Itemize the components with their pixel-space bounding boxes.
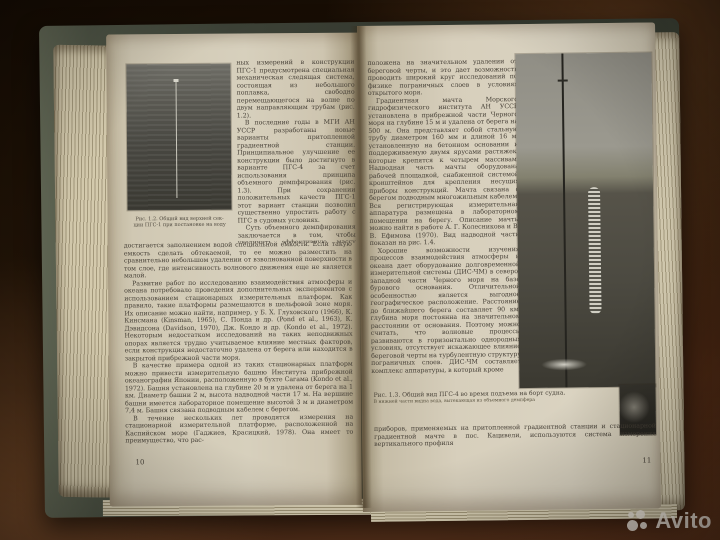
right-page-column-text: положена на значительном удалении от бер…: [367, 58, 521, 392]
figure-1-2-caption: Рис. 1.2. Общий вид верхней сек- ции ПГС…: [116, 215, 244, 228]
right-page-bottom-text: приборов, применяемых на притопленной гр…: [374, 422, 656, 453]
right-page: положена на значительном удалении от бер…: [357, 22, 661, 512]
open-book: Рис. 1.2. Общий вид верхней сек- ции ПГС…: [35, 12, 691, 526]
coil-structure-image: [588, 187, 602, 314]
gradient-mast-photo: [515, 52, 655, 388]
paragraph: В последние годы в МГИ АН УССР разработа…: [237, 119, 356, 225]
left-page-column-text: ных измерений в конструкции ПГС-1 предус…: [236, 59, 355, 244]
left-page-body-text: достигается заполнением водой специально…: [124, 241, 354, 459]
left-page: Рис. 1.2. Общий вид верхней сек- ции ПГС…: [106, 33, 362, 507]
paragraph: В течение нескольких лет проводятся изме…: [125, 413, 353, 445]
left-page-number: 10: [135, 458, 144, 466]
avito-watermark-text: Avito: [655, 508, 712, 534]
water-splash-image: [541, 359, 587, 372]
figure-1-3-caption: Рис. 1.3. Общий вид ПГС-4 во время подъе…: [374, 389, 612, 405]
avito-logo-icon: [627, 510, 650, 533]
photo-scene: Рис. 1.2. Общий вид верхней сек- ции ПГС…: [0, 0, 720, 540]
paragraph: Градиентная мачта Морского гидрофизическ…: [368, 96, 520, 248]
figure-1-2-photo: [126, 64, 231, 211]
paragraph: В качестве примера одной из таких стацио…: [125, 361, 353, 415]
paragraph: Хорошие возможности изучения процессов в…: [370, 246, 522, 375]
avito-watermark: Avito: [627, 508, 712, 534]
paragraph: положена на значительном удалении от бер…: [367, 58, 517, 97]
paragraph: приборов, применяемых на притопленной гр…: [374, 422, 656, 448]
paragraph: достигается заполнением водой специально…: [124, 241, 352, 280]
paragraph: ных измерений в конструкции ПГС-1 предус…: [236, 59, 354, 120]
mast-in-sea-image: [175, 82, 177, 199]
right-page-number: 11: [642, 456, 651, 464]
caption-line: ции ПГС-1 при постановке на воду: [116, 222, 244, 229]
mast-image: [562, 54, 568, 388]
paragraph: Развитие работ по исследованию взаимодей…: [124, 278, 353, 362]
